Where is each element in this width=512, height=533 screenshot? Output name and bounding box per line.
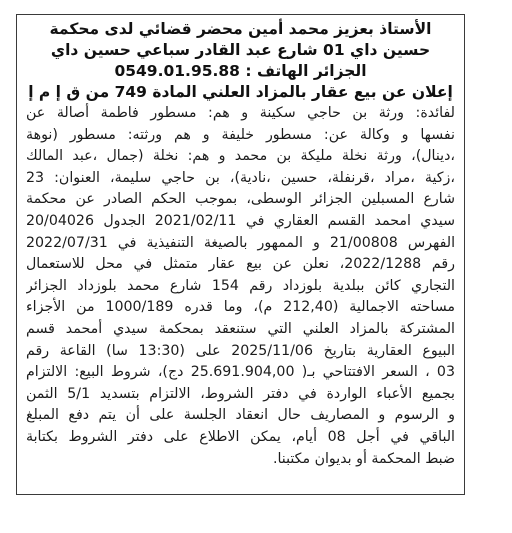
notice-header: الأستاذ بعزيز محمد أمين محضر قضائي لدى م… bbox=[26, 19, 455, 82]
body-line: نفسها و وكالة عن: مسطور خليفة و هم ورثته… bbox=[26, 125, 455, 147]
body-line: 03 ، السعر الافتتاحي بـ( 25.691.904,00 د… bbox=[26, 362, 455, 384]
body-line: شارع المسبلين الجزائر الوسطى، بموجب الحك… bbox=[26, 189, 455, 211]
header-line-phone: الجزائر الهاتف : 0549.01.95.88 bbox=[26, 61, 455, 82]
body-line: الفهرس 21/00808 و الممهور بالصيغة التنفي… bbox=[26, 233, 455, 255]
body-line: لفائدة: ورثة بن حاجي سكينة و هم: مسطور ف… bbox=[26, 103, 455, 125]
header-line-address: حسين داي 01 شارع عبد القادر سباعي حسين د… bbox=[26, 40, 455, 61]
body-line: بجميع الأعباء الواردة في دفتر الشروط، ال… bbox=[26, 384, 455, 406]
header-line-bailiff: الأستاذ بعزيز محمد أمين محضر قضائي لدى م… bbox=[26, 19, 455, 40]
notice-title: إعلان عن بيع عقار بالمزاد العلني المادة … bbox=[26, 82, 455, 103]
body-line: المشتركة بالمزاد العلني التي ستنعقد بمحك… bbox=[26, 319, 455, 341]
body-line: و الرسوم و المصاريف حال انعقاد الجلسة عل… bbox=[26, 405, 455, 427]
body-line: سيدي امحمد القسم العقاري في 2021/02/11 ا… bbox=[26, 211, 455, 233]
notice-body: لفائدة: ورثة بن حاجي سكينة و هم: مسطور ف… bbox=[26, 103, 455, 470]
legal-notice-box: الأستاذ بعزيز محمد أمين محضر قضائي لدى م… bbox=[16, 14, 465, 495]
body-line: رقم 2022/1288، نعلن عن بيع عقار متمثل في… bbox=[26, 254, 455, 276]
body-line: الباقي في أجل 08 أيام، يمكن الاطلاع على … bbox=[26, 427, 455, 449]
body-line: ،زكية ،مراد ،قرنفلة، حسين ،نادية)، بن حا… bbox=[26, 168, 455, 190]
body-line: مساحته الاجمالية (212,40 م)، وما قدره 10… bbox=[26, 297, 455, 319]
body-line-closing: ضبط المحكمة أو بديوان مكتبنا. bbox=[26, 449, 455, 471]
body-line: التجاري كائن ببلدية بلوزداد رقم 154 شارع… bbox=[26, 276, 455, 298]
body-line: البيوع العقارية بتاريخ 2025/11/06 على (1… bbox=[26, 341, 455, 363]
body-line: ،دينال)، ورثة نخلة مليكة بن محمد و هم: ن… bbox=[26, 146, 455, 168]
